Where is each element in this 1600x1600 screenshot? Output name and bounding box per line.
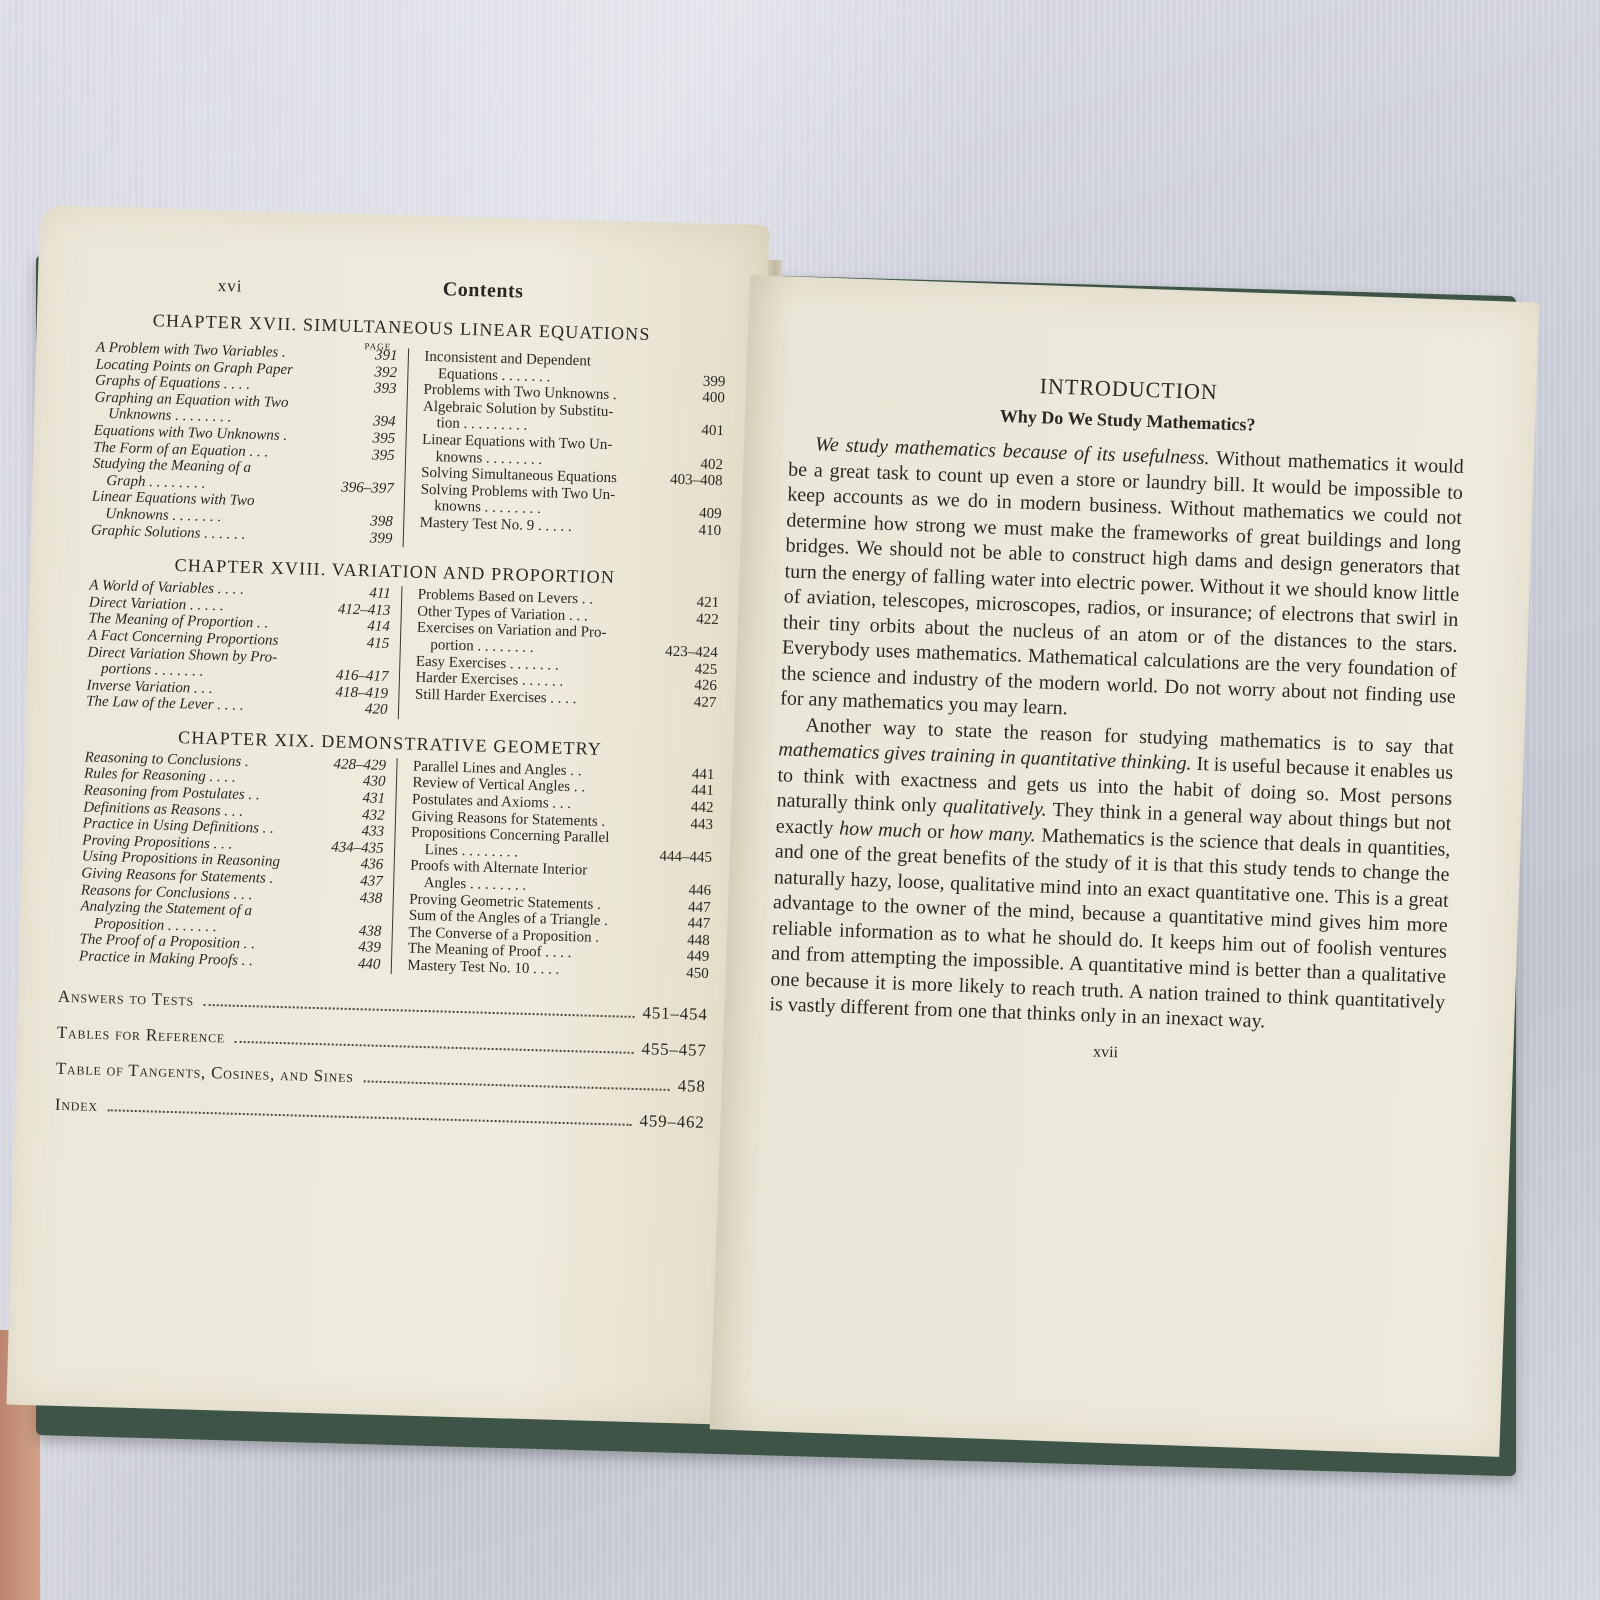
back-matter-entry: Tables for Reference455–457 [57,1022,707,1060]
toc-column-right: Inconsistent and DependentEquations . . … [403,348,726,556]
toc-entry-page: 447 [666,898,710,916]
dot-leader [364,1080,670,1091]
p2-text-d: or [921,820,950,843]
toc-entry-page [674,639,718,640]
back-matter-page: 455–457 [641,1039,707,1061]
back-matter-entry: Table of Tangents, Cosines, and Sines458 [56,1058,706,1096]
toc-entry-page: 431 [341,790,385,808]
p2-italic-c: how much [839,817,922,842]
toc-entry-page: 440 [336,956,380,974]
toc-column-right: Problems Based on Levers . .421Other Typ… [398,586,719,728]
back-matter-page: 459–462 [639,1111,705,1133]
toc-entry-page: 412–413 [338,601,391,619]
toc-entry-page: 422 [674,611,718,629]
toc-entry-page [349,508,393,509]
chapter-section: CHAPTER XVIII. VARIATION AND PROPORTIONA… [26,551,760,729]
toc-entry-page: 441 [670,766,714,784]
toc-entry-page [352,409,396,410]
page-number-right: xvii [768,1032,1443,1074]
back-matter-title: Tables for Reference [57,1022,226,1047]
toc-entry-page: 395 [351,430,395,448]
toc-entry-page: 415 [345,635,389,653]
toc-entry-page: 398 [349,513,393,531]
toc-column-left: A Problem with Two Variables .391Locatin… [91,340,409,548]
back-matter-page: 458 [677,1076,705,1097]
toc-entry-page: 403–408 [670,472,723,490]
toc-entry-page: 438 [338,889,382,907]
toc-entry-page [679,451,723,452]
chapter-section: CHAPTER XIX. DEMONSTRATIVE GEOMETRYReaso… [19,723,755,984]
toc-entry-page [678,501,722,502]
toc-entry-page: 392 [353,363,397,381]
back-matter-list: Answers to Tests451–454Tables for Refere… [55,986,708,1132]
dot-leader [235,1040,634,1053]
chapters-list: CHAPTER XVII. SIMULTANEOUS LINEAR EQUATI… [19,307,767,984]
right-page-introduction: INTRODUCTION Why Do We Study Mathematics… [710,275,1540,1457]
toc-entry-page: 418–419 [335,684,388,702]
toc-entry-page: 436 [339,856,383,874]
toc-entry-page: 448 [665,932,709,950]
paragraph-2: Another way to state the reason for stud… [769,712,1454,1041]
toc-column-left: Reasoning to Conclusions .428–429Rules f… [79,749,397,973]
chapter-section: CHAPTER XVII. SIMULTANEOUS LINEAR EQUATI… [31,307,767,557]
toc-entry-page: 399 [681,373,725,391]
back-matter-page: 451–454 [642,1003,708,1025]
dot-leader [204,1003,635,1017]
toc-entry-page: 433 [340,823,384,841]
toc-entry-page: 414 [346,618,390,636]
toc-entry-page: 427 [672,694,716,712]
back-matter-entry: Answers to Tests451–454 [58,986,708,1024]
dot-leader [108,1109,632,1126]
toc-entry-page: 402 [679,456,723,474]
running-head: xvi Contents [207,258,708,312]
toc-entry-page: 449 [665,948,709,966]
toc-entry-page: 447 [666,915,710,933]
toc-entry-page [350,475,394,476]
toc-entry-page: 443 [669,815,713,833]
toc-entry-page: 430 [341,773,385,791]
toc-entry-page: 428–429 [333,756,386,774]
p2-text-e: Mathematics is the science that deals in… [769,824,1451,1033]
toc-entry-page: 437 [339,873,383,891]
p2-italic-b: qualitatively. [943,795,1048,821]
paragraph-1-text: Without mathematics it would be a great … [780,447,1464,719]
toc-entry-page: 410 [677,522,721,540]
toc-entry-page: 444–445 [659,848,712,866]
toc-entry-page: 400 [681,389,725,407]
toc-entry-page: 411 [347,585,391,603]
toc-entry-page: 420 [343,701,387,719]
left-page-contents: xvi Contents CHAPTER XVII. SIMULTANEOUS … [6,205,769,1425]
paragraph-1: We study mathematics because of its usef… [780,431,1464,735]
toc-column-right: Parallel Lines and Angles . .441Review o… [391,758,714,982]
toc-entry-page: 434–435 [331,839,384,857]
toc-entry-page: 409 [677,505,721,523]
toc-column-left: A World of Variables . . . .411Direct Va… [86,578,402,719]
back-matter-entry: Index459–462 [55,1094,705,1132]
toc-entry-page [667,877,711,878]
toc-entry-page: 399 [348,529,392,547]
back-matter-title: Answers to Tests [58,986,195,1010]
toc-entry-page: 439 [337,939,381,957]
toc-entry-page: 426 [673,677,717,695]
toc-entry-page: 394 [351,413,395,431]
p2-italic-d: how many. [949,821,1036,846]
toc-entry-page [338,918,382,919]
toc-entry-page: 423–424 [665,644,718,662]
toc-entry-page: 421 [675,594,719,612]
contents-heading: Contents [442,278,523,303]
toc-entry-page: 441 [670,782,714,800]
toc-entry-page [680,418,724,419]
toc-entry-page: 391 [353,347,397,365]
toc-entry-page [345,663,389,664]
toc-entry-page: 401 [680,422,724,440]
toc-entry-page: 438 [337,922,381,940]
toc-entry-page: 425 [673,660,717,678]
toc-entry-page: 442 [669,799,713,817]
toc-entry-page: 395 [350,446,394,464]
page-number-left: xvi [218,276,243,297]
toc-entry-page [668,844,712,845]
toc-entry-page [682,368,726,369]
back-matter-title: Table of Tangents, Cosines, and Sines [56,1058,354,1086]
toc-entry-page: 416–417 [336,668,389,686]
toc-entry-page: 450 [665,965,709,983]
toc-entry-page: 446 [667,882,711,900]
toc-entry-page: 393 [352,380,396,398]
toc-entry-page: 396–397 [341,479,394,497]
back-matter-title: Index [55,1094,99,1115]
toc-entry-page: 432 [340,806,384,824]
